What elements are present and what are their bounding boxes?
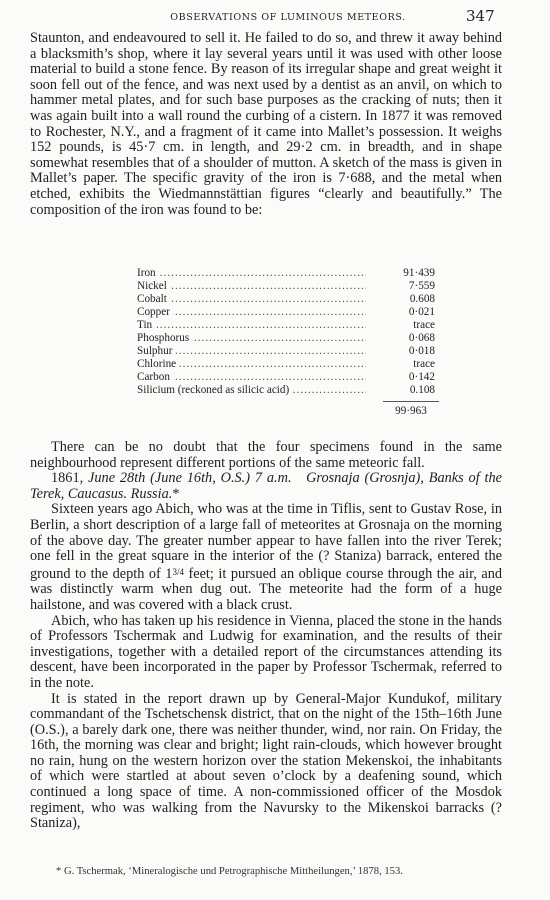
book-page: OBSERVATIONS OF LUMINOUS METEORS. 347 St…	[0, 0, 550, 900]
element-value: 7·559	[366, 280, 447, 293]
paragraph-abich-report: Sixteen years ago Abich, who was at the …	[30, 502, 502, 613]
table-row: Carbon0·142	[137, 371, 447, 384]
element-value: 0.608	[366, 293, 447, 306]
element-label: Cobalt	[137, 293, 170, 305]
element-value: 0.108	[366, 384, 447, 397]
table-row: Sulphur0·018	[137, 345, 447, 358]
element-label: Carbon	[137, 371, 173, 383]
element-value: trace	[366, 358, 447, 371]
footnote-mark: *	[172, 486, 179, 502]
table-row: Chlorinetrace	[137, 358, 447, 371]
element-value: 0·142	[366, 371, 447, 384]
composition-total: 99·963	[383, 405, 439, 418]
element-value: 0·021	[366, 306, 447, 319]
table-row: Phosphorus0·068	[137, 332, 447, 345]
entry-date: June 28th (June 16th, O.S.) 7 a.m.	[88, 470, 291, 486]
body-text-bottom: There can be no doubt that the four spec…	[30, 440, 502, 832]
table-row: Copper0·021	[137, 306, 447, 319]
element-label: Nickel	[137, 280, 170, 292]
table-row: Nickel7·559	[137, 280, 447, 293]
table-row: Cobalt0.608	[137, 293, 447, 306]
entry-year: 1861,	[51, 470, 83, 486]
total-rule	[383, 401, 439, 402]
paragraph-vienna: Abich, who has taken up his residence in…	[30, 614, 502, 692]
fraction-three-quarters: 3/4	[172, 567, 184, 577]
running-title: OBSERVATIONS OF LUMINOUS METEORS.	[138, 12, 438, 23]
body-text-top: Staunton, and endeavoured to sell it. He…	[30, 31, 502, 218]
element-value: 0·018	[366, 345, 447, 358]
table-row: Iron91·439	[137, 267, 447, 280]
element-label: Iron	[137, 267, 159, 279]
fall-entry-heading: 1861, June 28th (June 16th, O.S.) 7 a.m.…	[30, 471, 502, 502]
paragraph-kundukof: It is stated in the report drawn up by G…	[30, 692, 502, 832]
table-row: Silicium (reckoned as silicic acid)0.108	[137, 384, 447, 397]
table-row: Tintrace	[137, 319, 447, 332]
composition-table: Iron91·439 Nickel7·559 Cobalt0.608 Coppe…	[137, 267, 447, 419]
element-label: Silicium (reckoned as silicic acid)	[137, 384, 292, 396]
paragraph-specimens: There can be no doubt that the four spec…	[30, 440, 502, 471]
paragraph-staunton: Staunton, and endeavoured to sell it. He…	[30, 31, 502, 218]
element-label: Tin	[137, 319, 155, 331]
element-label: Phosphorus	[137, 332, 192, 344]
element-value: 0·068	[366, 332, 447, 345]
page-number: 347	[466, 7, 495, 25]
element-label: Chlorine	[137, 358, 179, 370]
element-value: trace	[366, 319, 447, 332]
element-label: Copper	[137, 306, 173, 318]
footnote: * G. Tschermak, ‘Mineralogische und Petr…	[56, 866, 516, 877]
element-value: 91·439	[366, 267, 447, 280]
element-label: Sulphur	[137, 345, 175, 357]
